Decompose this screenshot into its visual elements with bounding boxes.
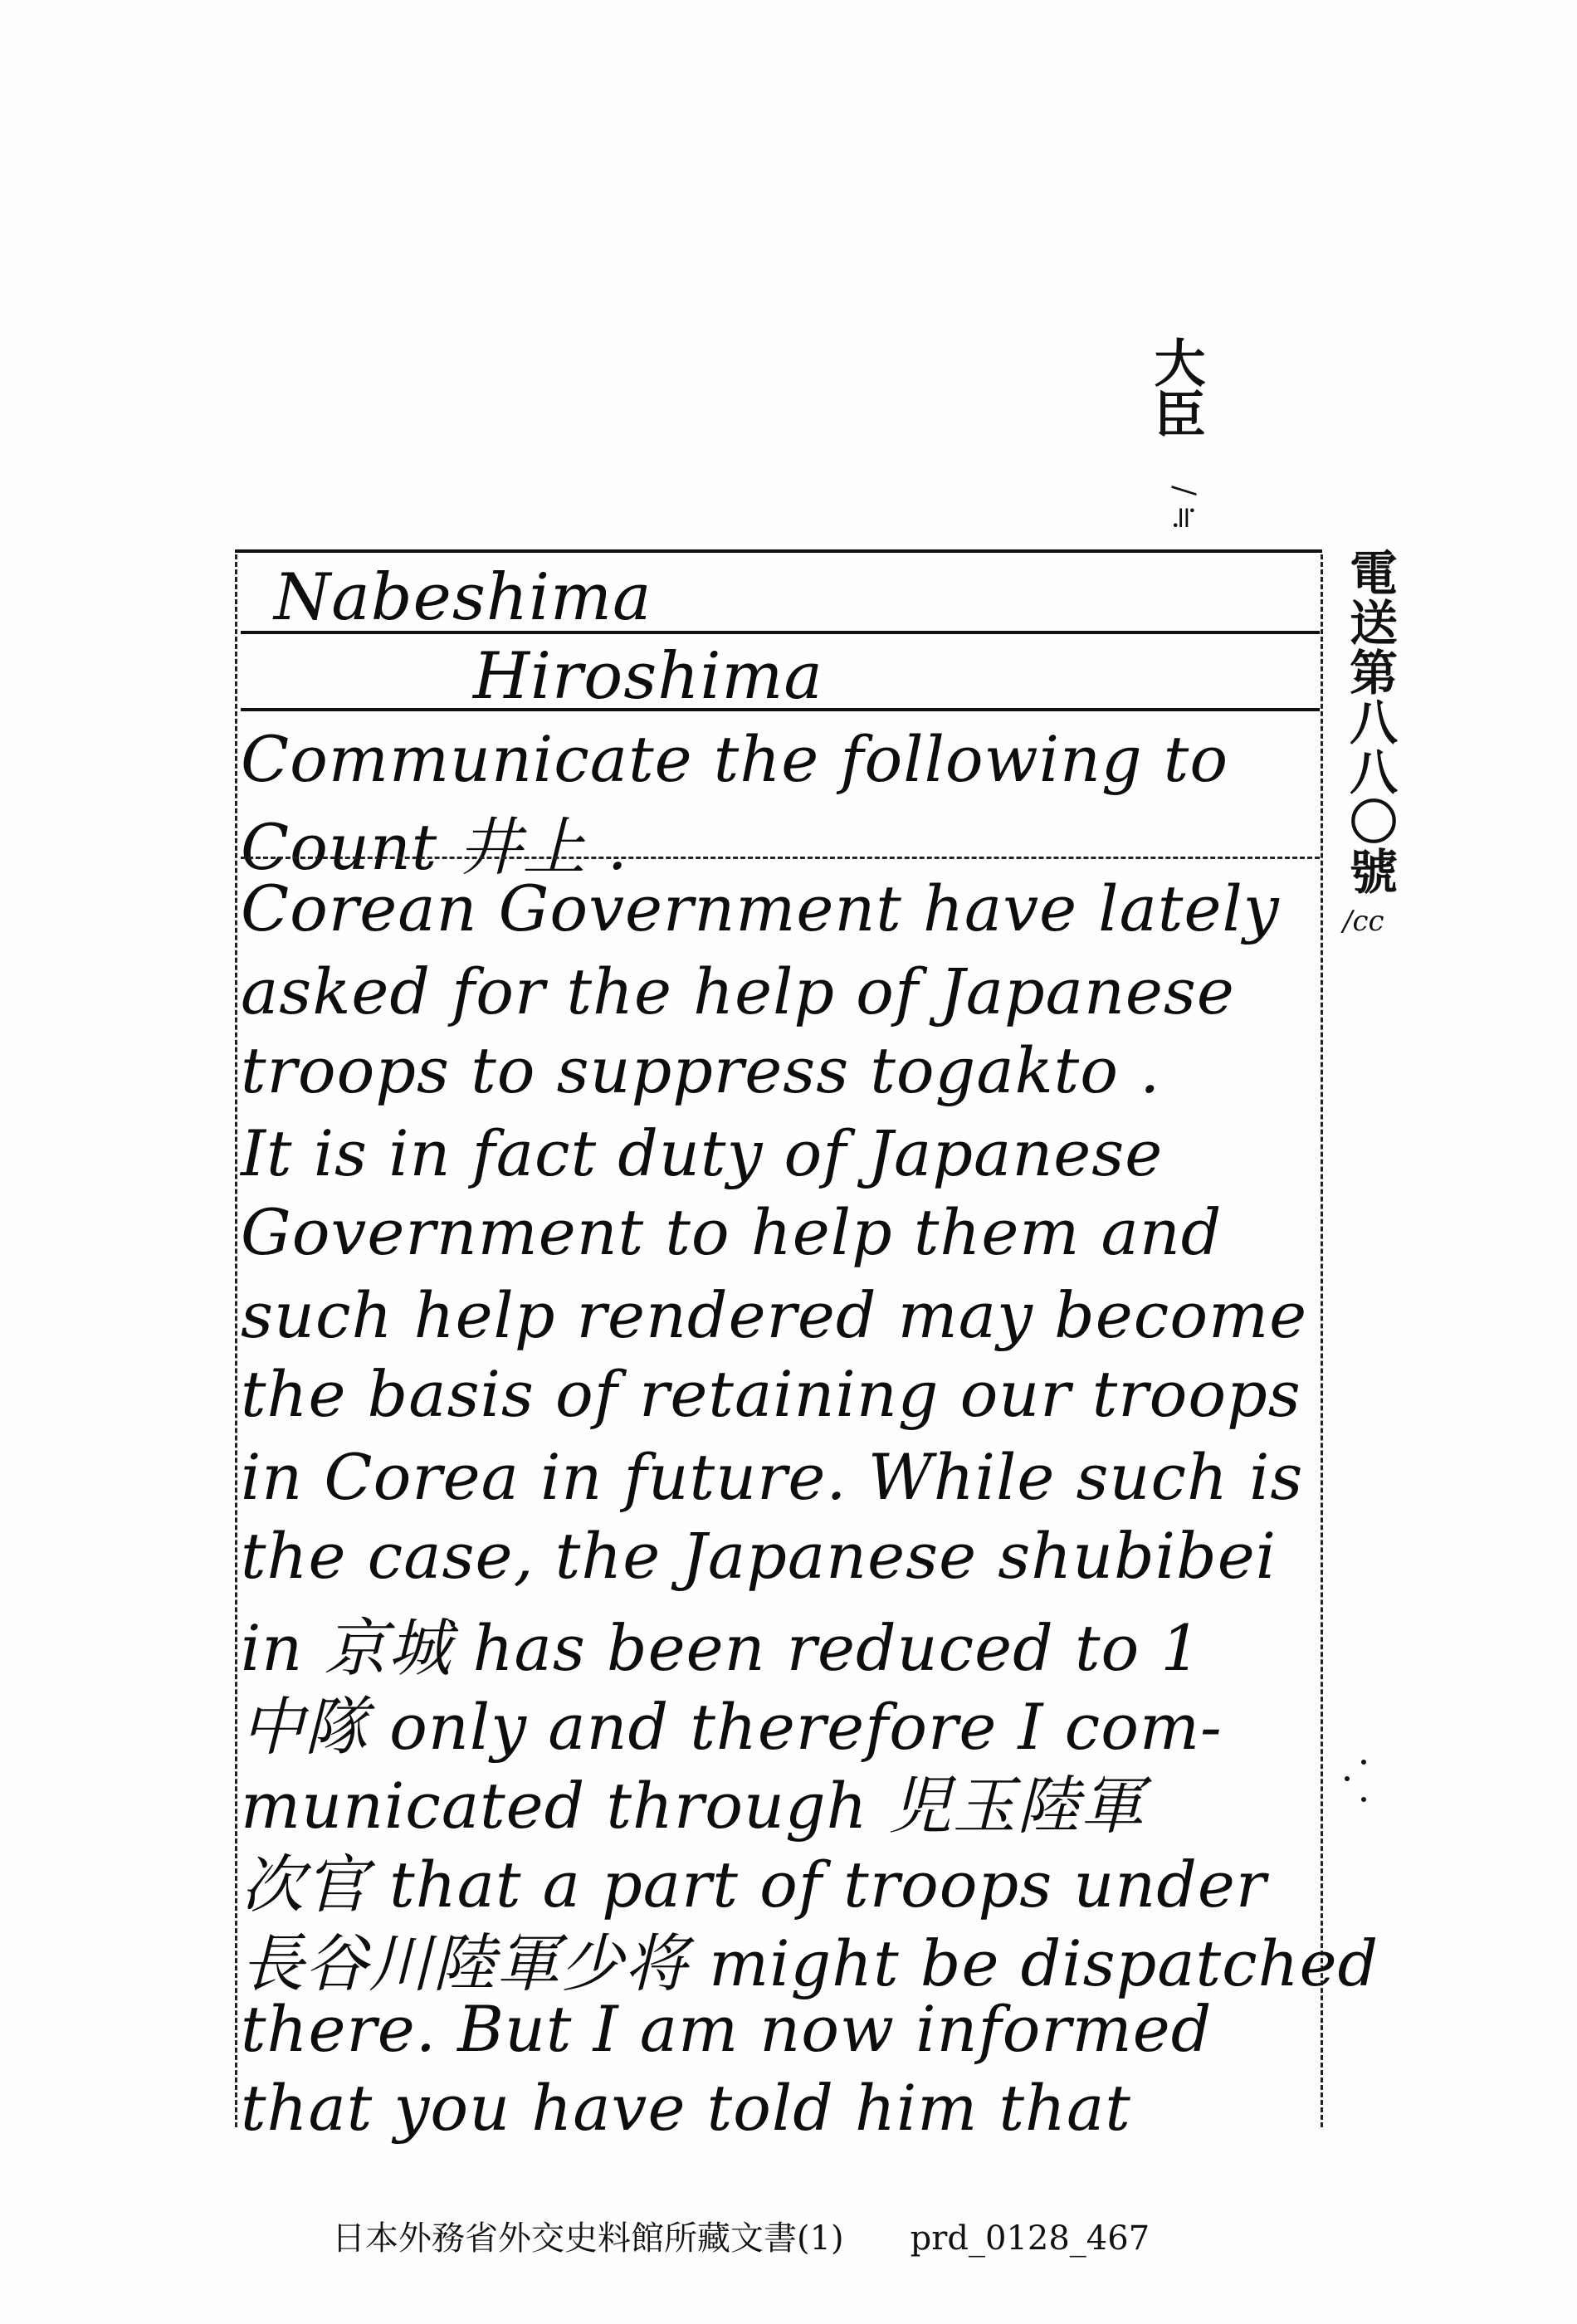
rule-dotted (241, 857, 1320, 859)
letter-line: Corean Government have lately (241, 871, 1320, 945)
archive-source: 日本外務省外交史料館所藏文書(1) (332, 2219, 844, 2258)
letter-line: troops to suppress togakto . (241, 1033, 1320, 1107)
letter-line: It is in fact duty of Japanese (241, 1116, 1320, 1190)
letter-line: such help rendered may become (241, 1278, 1320, 1352)
document-reference: prd_0128_467 (911, 2219, 1150, 2258)
letter-line: Government to help them and (241, 1195, 1320, 1269)
archive-footer: 日本外務省外交史料館所藏文書(1)prd_0128_467 (332, 2212, 1278, 2259)
stray-mark (1345, 1776, 1350, 1781)
letter-line: Communicate the following to (241, 722, 1320, 796)
telegram-sub-mark: /cc (1343, 905, 1384, 938)
document-page: 大臣 / ≒ 電送第八八〇號 /cc Nabeshima Hiroshima C… (0, 0, 1577, 2324)
letter-line: 中隊 only and therefore I com- (241, 1677, 1320, 1767)
letter-line: 長谷川陸軍少将 might be dispatched (241, 1913, 1320, 2004)
letter-line: the case, the Japanese shubibei (241, 1519, 1320, 1593)
letter-line: 次官 that a part of troops under (241, 1834, 1320, 1925)
rule-place (241, 708, 1320, 711)
place-name: Hiroshima (473, 639, 1552, 714)
letter-line: that you have told him that (241, 2071, 1320, 2145)
stray-mark (1361, 1797, 1366, 1802)
letter-line: asked for the help of Japanese (241, 954, 1320, 1028)
rule-addressee (241, 631, 1320, 634)
letter-line: in Corea in future. While such is (241, 1440, 1320, 1514)
stray-mark (1361, 1760, 1366, 1765)
letter-line: there. But I am now informed (241, 1992, 1320, 2066)
letter-line: in 京城 has been reduced to 1 (241, 1598, 1320, 1688)
minister-annotation: 大臣 (1155, 336, 1205, 439)
minister-check-marks: / ≒ (1166, 486, 1199, 530)
letter-line: the basis of retaining our troops (241, 1357, 1320, 1431)
addressee: Nabeshima (274, 560, 1353, 635)
frame-top-border (235, 549, 1322, 553)
letter-line: municated through 児玉陸軍 (241, 1755, 1320, 1846)
